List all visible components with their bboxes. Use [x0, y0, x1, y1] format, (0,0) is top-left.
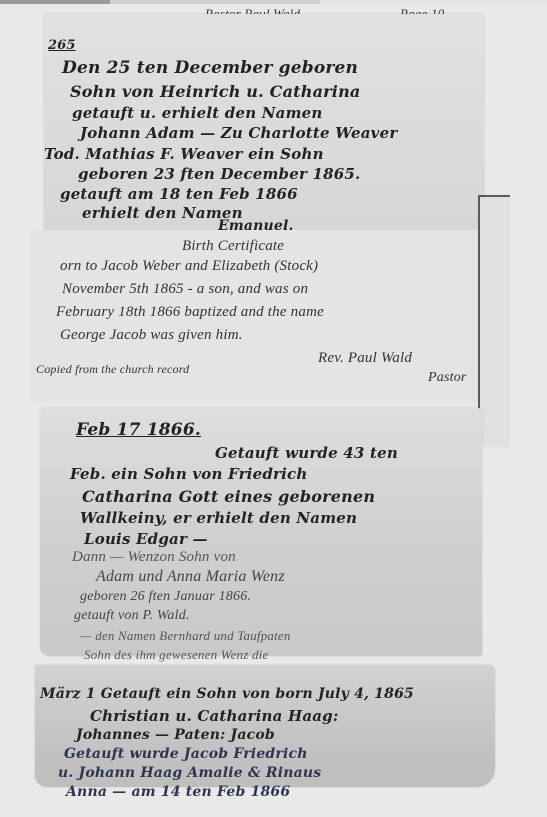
certificate-line-2: November 5th 1865 - a son, and was on: [62, 281, 308, 298]
certificate-border-frame: [478, 195, 510, 447]
second-entry-line-8: geboren 26 ften Januar 1866.: [80, 589, 251, 605]
second-entry-line-6: Dann — Wenzon Sohn von: [72, 549, 236, 566]
certificate-title: Birth Certificate: [182, 238, 284, 255]
final-entry-line-6: Anna — am 14 ten Feb 1866: [66, 784, 290, 800]
certificate-line-3: February 18th 1866 baptized and the name: [56, 304, 324, 321]
second-entry-line-10: — den Namen Bernhard und Taufpaten: [80, 628, 291, 644]
certificate-copy-note: Copied from the church record: [36, 362, 189, 377]
second-entry-line-2: Feb. ein Sohn von Friedrich: [70, 465, 307, 483]
top-entry-line-7: getauft am 18 ten Feb 1866: [60, 185, 298, 203]
final-entry-line-3: Johannes — Paten: Jacob: [76, 727, 275, 743]
certificate-signature: Rev. Paul Wald: [318, 350, 412, 367]
second-entry-line-9: getauft von P. Wald.: [74, 608, 190, 624]
scan-top-edge: [0, 0, 547, 4]
final-entry-line-2: Christian u. Catharina Haag:: [90, 707, 339, 725]
second-entry-line-5: Louis Edgar —: [84, 530, 208, 548]
entry-number: 265: [48, 38, 76, 53]
second-entry-line-1: Getauft wurde 43 ten: [215, 444, 398, 462]
final-entry-line-4: Getauft wurde Jacob Friedrich: [64, 746, 308, 762]
second-entry-line-4: Wallkeiny, er erhielt den Namen: [80, 509, 357, 527]
certificate-line-4: George Jacob was given him.: [60, 327, 243, 344]
top-entry-line-6: geboren 23 ften December 1865.: [78, 165, 360, 183]
final-entry-line-5: u. Johann Haag Amalie & Rinaus: [58, 765, 321, 781]
certificate-line-1: orn to Jacob Weber and Elizabeth (Stock): [60, 258, 318, 275]
top-entry-line-1: Den 25 ten December geboren: [62, 58, 358, 78]
top-entry-line-5: Tod. Mathias F. Weaver ein Sohn: [44, 145, 324, 163]
second-entry-line-3: Catharina Gott eines geborenen: [82, 487, 375, 506]
top-entry-line-2: Sohn von Heinrich u. Catharina: [70, 82, 360, 101]
second-entry-line-7: Adam und Anna Maria Wenz: [96, 568, 285, 586]
top-entry-line-3: getauft u. erhielt den Namen: [72, 104, 323, 122]
top-entry-line-4: Johann Adam — Zu Charlotte Weaver: [80, 124, 397, 142]
certificate-signature-title: Pastor: [428, 370, 467, 386]
final-entry-line-1: März 1 Getauft ein Sohn von born July 4,…: [40, 686, 414, 702]
second-entry-line-11: Sohn des ihm gewesenen Wenz die: [84, 647, 268, 663]
second-entry-date: Feb 17 1866.: [76, 420, 201, 440]
